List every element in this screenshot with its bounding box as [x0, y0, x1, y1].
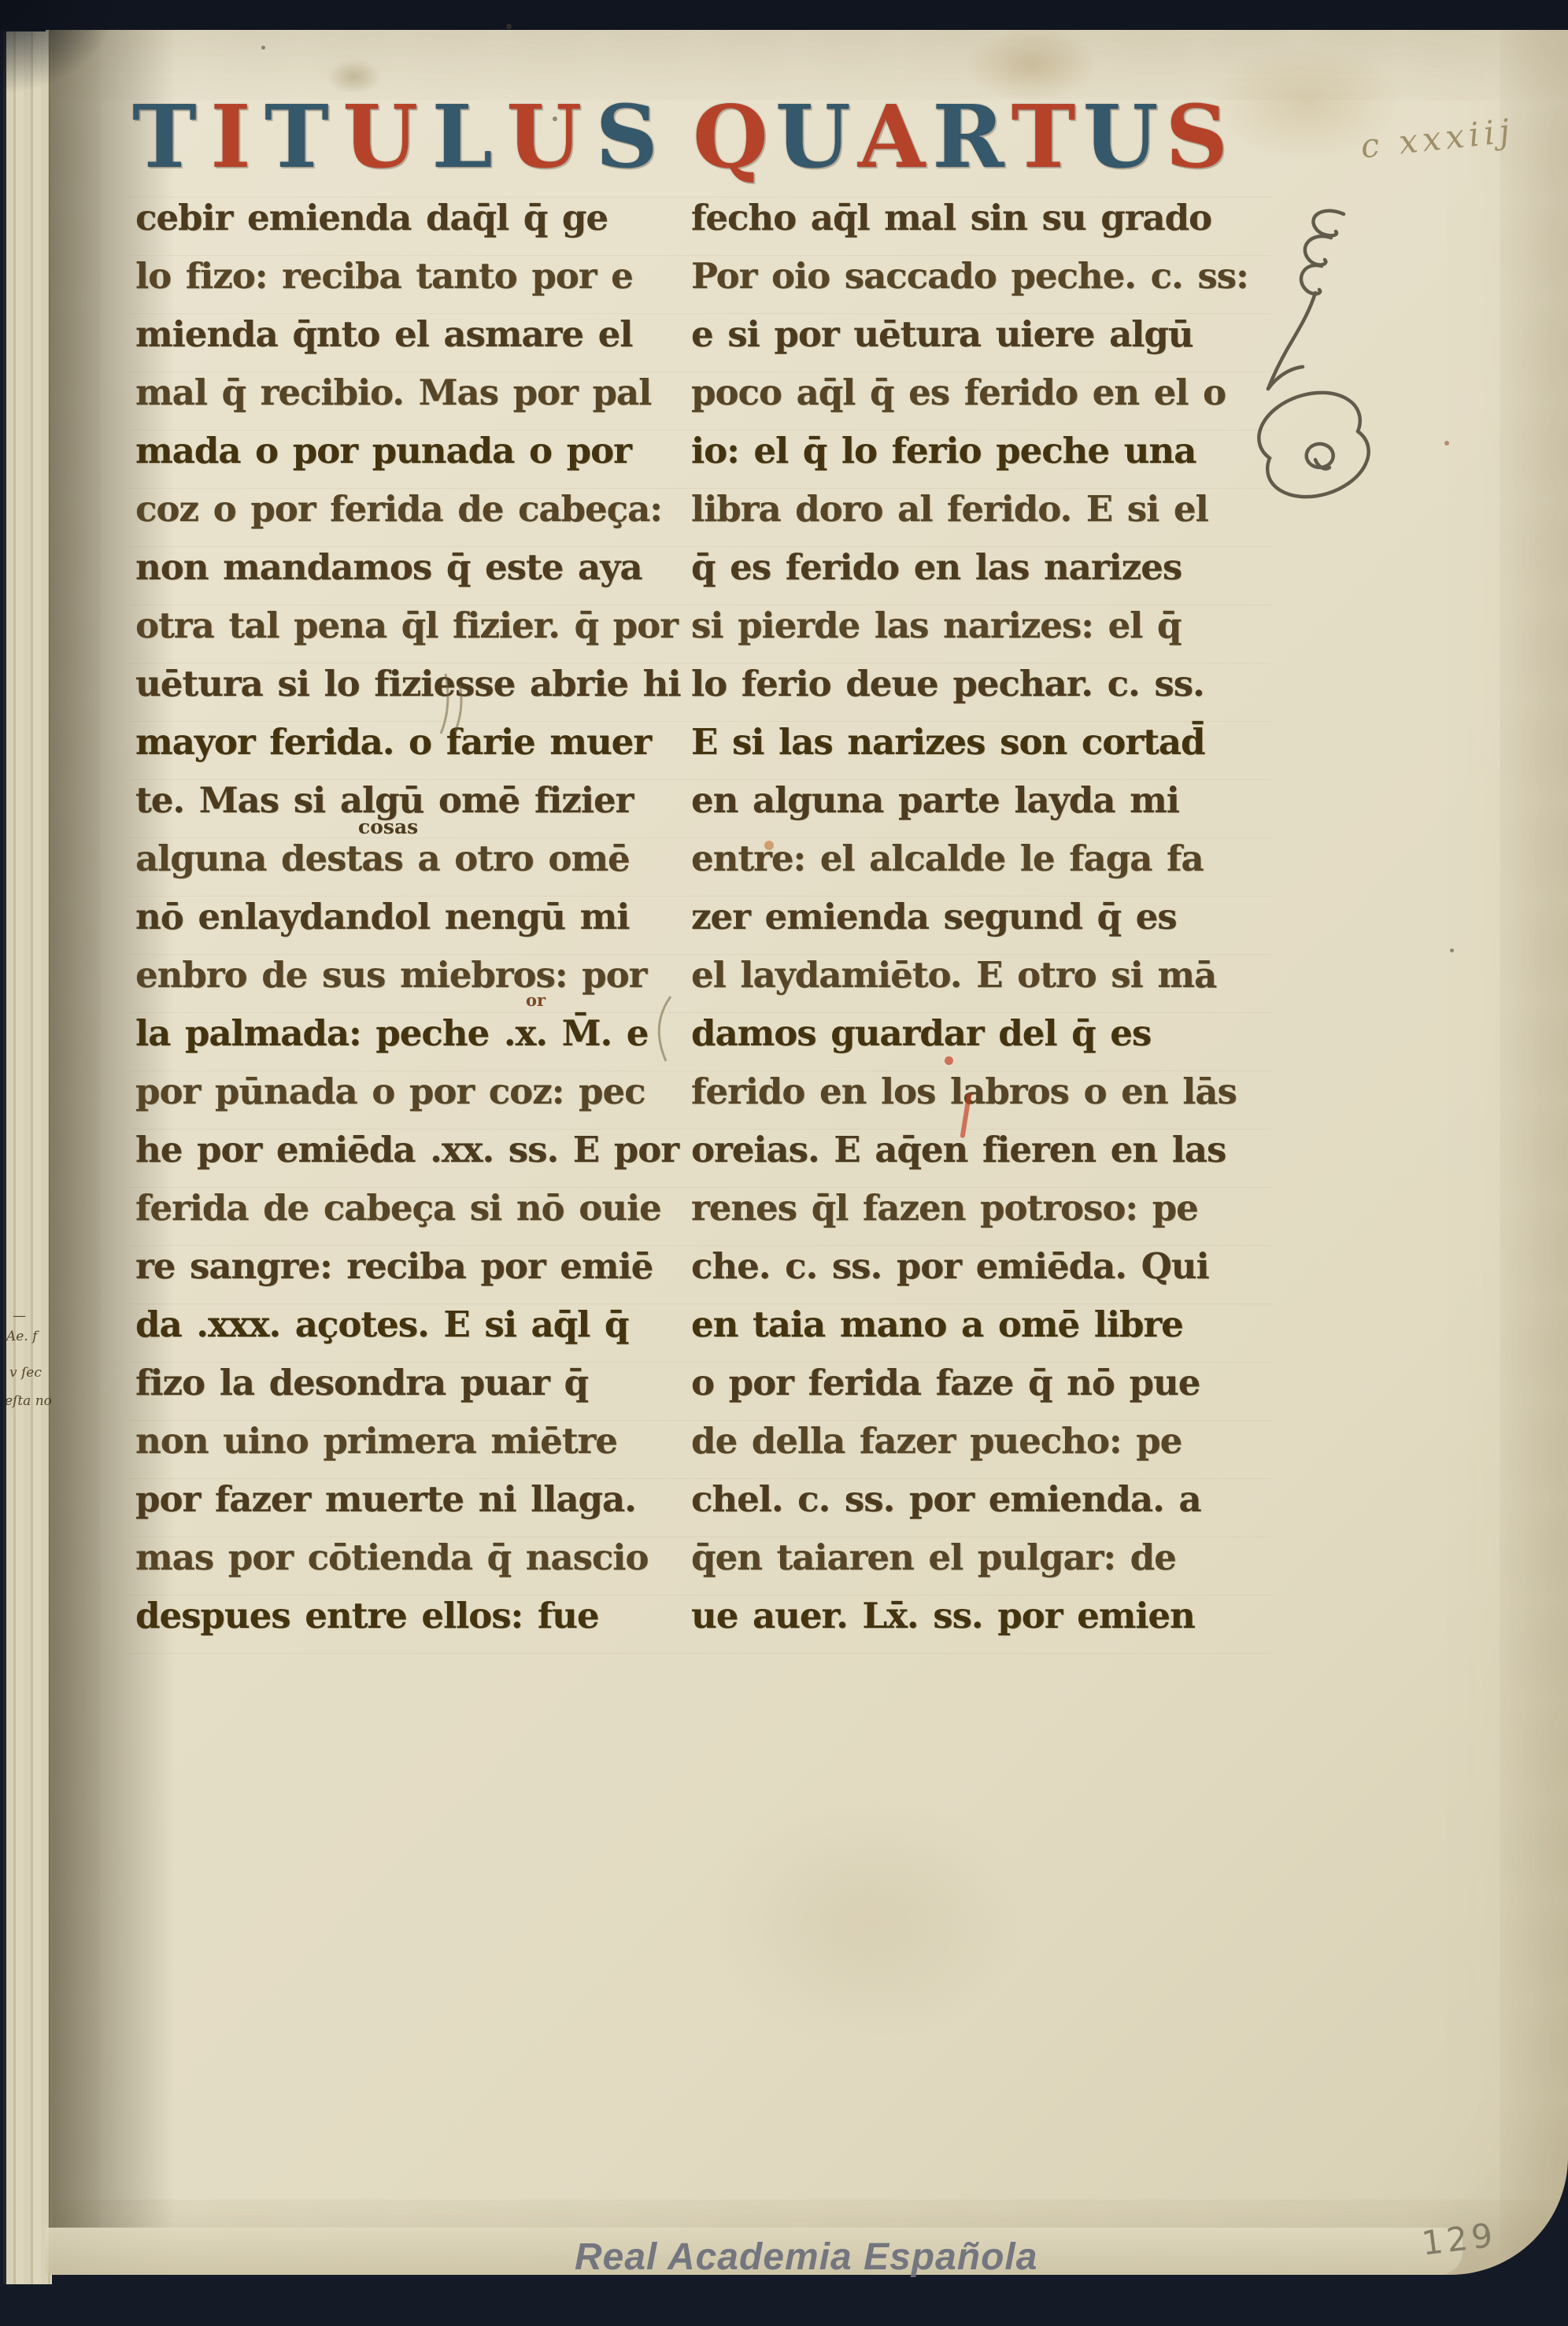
manuscript-text-line: ferido en los labros o en lās: [691, 1071, 1258, 1129]
manuscript-text-line: alguna destas a otro omē: [135, 838, 664, 896]
manuscript-text-line: renes q̄l fazen potroso: pe: [691, 1187, 1258, 1245]
margin-pen-flourish: [1256, 197, 1397, 512]
heading-letter: T: [264, 96, 329, 184]
heading-letter: U: [1083, 96, 1159, 184]
manuscript-text-line: non uino primera miētre: [135, 1420, 664, 1478]
text-column-left: cebir emienda daq̄l q̄ gelo fizo: reciba…: [135, 197, 664, 1653]
manuscript-text-line: enbro de sus miebros: por: [135, 954, 664, 1012]
corner-shadow: [0, 0, 118, 94]
manuscript-text-line: la palmada: peche .x. M̄. e: [135, 1012, 664, 1071]
text-column-right: fecho aq̄l mal sin su gradoPor oio sacca…: [691, 197, 1258, 1653]
pen-mark: [647, 993, 675, 1064]
fly-speck: [1450, 949, 1454, 952]
gutter-fragment: eſta no: [5, 1393, 52, 1409]
titulus-heading: TITULUS: [132, 96, 658, 184]
superscript-abbreviation: or: [526, 990, 545, 1010]
manuscript-text-line: oreias. E aq̄en fieren en las: [691, 1129, 1258, 1187]
manuscript-text-line: entre: el alcalde le faga fa: [691, 838, 1258, 896]
manuscript-text-line: ferida de cabeça si nō ouie: [135, 1187, 664, 1245]
fly-speck: [506, 24, 512, 29]
manuscript-text-line: Por oio saccado peche. c. ss:: [691, 255, 1258, 313]
manuscript-text-line: damos guardar del q̄ es: [691, 1012, 1258, 1071]
manuscript-text-line: fecho aq̄l mal sin su grado: [691, 197, 1258, 255]
rubric-mark: [764, 841, 774, 850]
manuscript-text-line: por pūnada o por coz: pec: [135, 1071, 664, 1129]
manuscript-text-line: uētura si lo fiziesse abrie hi: [135, 663, 664, 721]
manuscript-text-line: E si las narizes son cortad̄: [691, 721, 1258, 779]
manuscript-text-line: non mandamos q̄ este aya: [135, 546, 664, 605]
heading-letter: S: [1166, 96, 1228, 184]
manuscript-text-line: poco aq̄l q̄ es ferido en el o: [691, 372, 1258, 430]
manuscript-photo: { "manuscript": { "heading": { "left": "…: [0, 0, 1568, 2326]
heading-letter: U: [506, 96, 582, 184]
manuscript-text-line: mas por cōtienda q̄ nascio: [135, 1536, 664, 1595]
manuscript-text-line: e si por uētura uiere algū: [691, 313, 1258, 372]
manuscript-text-line: nō enlaydandol nengū mi: [135, 896, 664, 954]
gutter-fragment: Ae. f: [6, 1329, 37, 1344]
manuscript-text-line: mal q̄ recibio. Mas por pal: [135, 372, 664, 430]
gutter-fragment: —: [13, 1308, 26, 1324]
manuscript-text-line: en alguna parte layda mi: [691, 779, 1258, 838]
manuscript-text-line: libra doro al ferido. E si el: [691, 488, 1258, 546]
heading-letter: U: [775, 96, 851, 184]
manuscript-text-line: q̄ es ferido en las narizes: [691, 546, 1258, 605]
manuscript-text-line: fizo la desondra puar q̄: [135, 1362, 664, 1420]
library-watermark: Real Academia Española: [575, 2235, 1037, 2279]
heading-letter: R: [932, 96, 1004, 184]
heading-letter: T: [132, 96, 197, 184]
pen-mark: [435, 671, 466, 737]
manuscript-text-line: cebir emienda daq̄l q̄ ge: [135, 197, 664, 255]
manuscript-text-line: mada o por punada o por: [135, 430, 664, 488]
manuscript-text-line: coz o por ferida de cabeça:: [135, 488, 664, 546]
manuscript-text-line: da .xxx. açotes. E si aq̄l q̄: [135, 1304, 664, 1362]
heading-letter: A: [858, 96, 925, 184]
manuscript-text-line: si pierde las narizes: el q̄: [691, 605, 1258, 663]
manuscript-text-line: en taia mano a omē libre: [691, 1304, 1258, 1362]
heading-letter: T: [1011, 96, 1076, 184]
manuscript-text-line: otra tal pena q̄l fizier. q̄ por: [135, 605, 664, 663]
manuscript-text-line: el laydamiēto. E otro si mā: [691, 954, 1258, 1012]
manuscript-text-line: zer emienda segund q̄ es: [691, 896, 1258, 954]
manuscript-text-line: he por emiēda .xx. ss. E por: [135, 1129, 664, 1187]
heading-letter: S: [595, 96, 657, 184]
heading-letter: Q: [693, 96, 768, 184]
fly-speck: [261, 46, 265, 50]
manuscript-text-line: mayor ferida. o farie muer: [135, 721, 664, 779]
quartus-heading: QUARTUS: [693, 96, 1228, 184]
fly-speck: [1444, 441, 1449, 446]
manuscript-text-line: por fazer muerte ni llaga.: [135, 1478, 664, 1536]
manuscript-text-line: che. c. ss. por emiēda. Qui: [691, 1245, 1258, 1304]
manuscript-text-line: ue auer. Lx̄. ss. por emien: [691, 1595, 1258, 1653]
manuscript-text-line: de della fazer puecho: pe: [691, 1420, 1258, 1478]
manuscript-text-line: despues entre ellos: fue: [135, 1595, 664, 1653]
manuscript-text-line: io: el q̄ lo ferio peche una: [691, 430, 1258, 488]
manuscript-text-line: q̄en taiaren el pulgar: de: [691, 1536, 1258, 1595]
rubric-mark: [945, 1056, 953, 1065]
gutter-fragment: v ſec: [9, 1365, 42, 1381]
manuscript-text-line: lo fizo: reciba tanto por e: [135, 255, 664, 313]
manuscript-text-line: chel. c. ss. por emienda. a: [691, 1478, 1258, 1536]
manuscript-text-line: re sangre: reciba por emiē: [135, 1245, 664, 1304]
heading-letter: L: [432, 96, 493, 184]
heading-letter: U: [342, 96, 418, 184]
previous-folio-edge: — Ae. f v ſec eſta no: [3, 31, 52, 2284]
manuscript-text-line: lo ferio deue pechar. c. ss.: [691, 663, 1258, 721]
heading-letter: I: [210, 96, 250, 184]
manuscript-text-line: o por ferida faze q̄ nō pue: [691, 1362, 1258, 1420]
book-background-top: [0, 0, 1568, 30]
interlinear-correction: cosas: [358, 815, 418, 838]
manuscript-text-line: mienda q̄nto el asmare el: [135, 313, 664, 372]
